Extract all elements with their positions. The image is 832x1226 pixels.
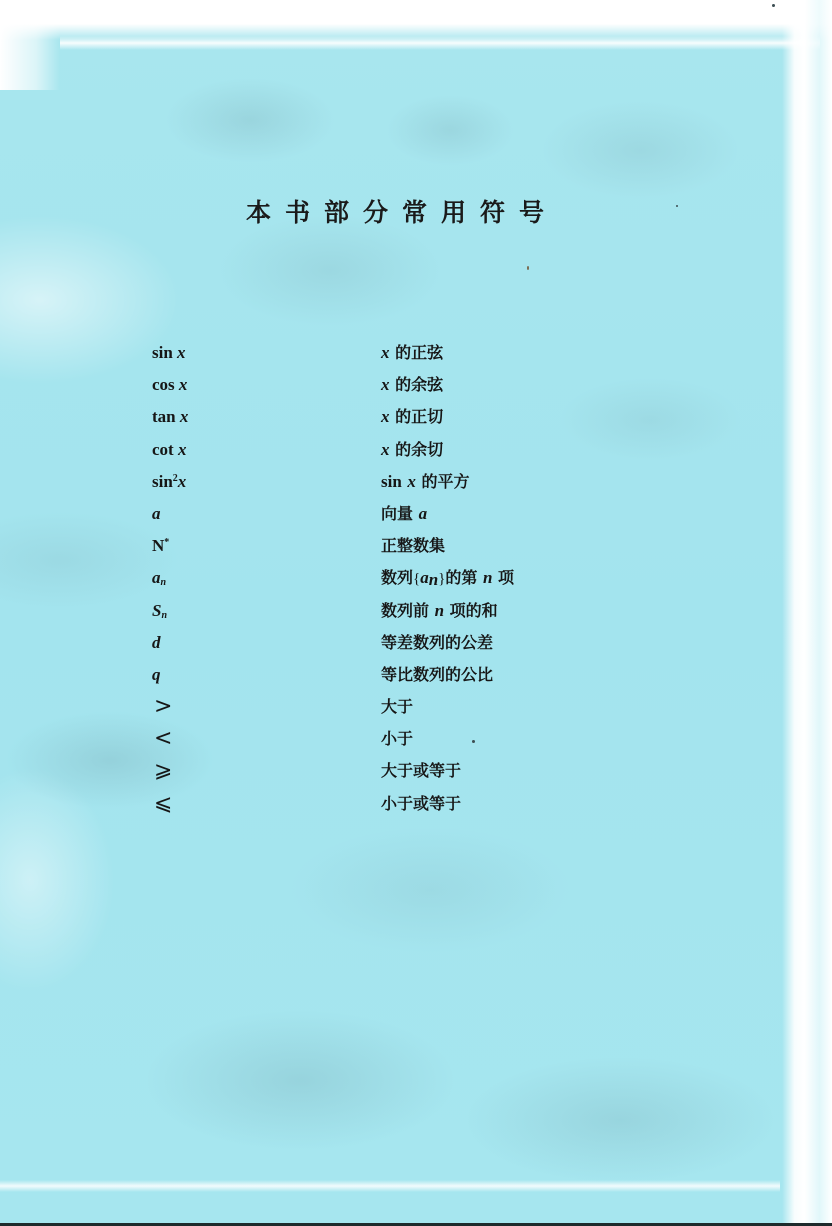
symbol-cell: cos x [152, 372, 187, 398]
description-cell: x 的正弦 [381, 340, 443, 366]
symbol-cell: d [152, 630, 161, 656]
symbol-row: an 数列{an}的第 n 项 [152, 565, 572, 597]
symbol-cell: cot x [152, 437, 186, 463]
description-cell: x 的余弦 [381, 372, 443, 398]
superscript: * [164, 537, 169, 548]
description-text: 项的和 [450, 601, 498, 620]
description-text: 的余弦 [395, 375, 443, 394]
greater-than-symbol: > [154, 694, 172, 720]
symbol-cell: a [152, 501, 161, 527]
symbol-row: sin2x sin x 的平方 [152, 469, 572, 501]
subscript: n [161, 610, 167, 621]
symbol-cell: q [152, 662, 161, 688]
top-margin [0, 0, 832, 40]
variable: x [381, 440, 390, 459]
variable: x [179, 375, 188, 394]
description-text: 等比数列的公比 [381, 665, 493, 684]
description-text: 数列前 [381, 601, 429, 620]
variable: x [177, 343, 186, 362]
description-cell: sin x 的平方 [381, 469, 469, 495]
description-cell: 大于或等于 [381, 758, 461, 784]
scan-speck [527, 266, 529, 270]
variable: x [381, 375, 390, 394]
top-scan-band [60, 36, 820, 50]
symbol-row: > 大于 [152, 694, 572, 726]
symbol-cell: N* [152, 533, 169, 559]
description-cell: 小于 [381, 726, 413, 752]
description-text: 大于或等于 [381, 761, 461, 780]
symbol-cell: sin2x [152, 469, 186, 495]
description-cell: 大于 [381, 694, 413, 720]
description-text: 的平方 [421, 472, 469, 491]
page-title: 本书部分常用符号 [246, 196, 546, 230]
symbol-cell: an [152, 565, 166, 591]
variable: x [178, 472, 187, 491]
symbol-row: a 向量 a [152, 501, 572, 533]
scan-speck [676, 205, 678, 207]
description-text: 正整数集 [381, 536, 445, 555]
function-name: sin [381, 472, 402, 491]
symbol-row: N* 正整数集 [152, 533, 572, 565]
description-cell: x 的余切 [381, 437, 443, 463]
symbol-row: cos x x 的余弦 [152, 372, 572, 404]
variable: a [152, 568, 161, 587]
less-than-symbol: < [154, 726, 172, 752]
scan-speck [772, 4, 775, 7]
bottom-scan-band [0, 1180, 780, 1192]
description-text: 小于或等于 [381, 794, 461, 813]
variable: a [420, 568, 429, 587]
description-cell: 数列{an}的第 n 项 [381, 565, 514, 592]
symbol-row: < 小于 [152, 726, 572, 758]
description-cell: 等差数列的公差 [381, 630, 493, 656]
description-text: 数列 [381, 568, 413, 587]
greater-or-equal-symbol: ⩾ [154, 758, 172, 784]
symbol-table: sin x x 的正弦 cos x x 的余弦 tan x x 的正切 cot … [152, 340, 572, 823]
symbol-cell: tan x [152, 404, 188, 430]
description-text: 等差数列的公差 [381, 633, 493, 652]
variable: x [381, 407, 390, 426]
description-text: 大于 [381, 697, 413, 716]
subscript: n [161, 577, 167, 588]
symbol-row: ⩽ 小于或等于 [152, 791, 572, 823]
variable: x [381, 343, 390, 362]
function-name: sin [152, 343, 173, 362]
description-cell: 小于或等于 [381, 791, 461, 817]
less-or-equal-symbol: ⩽ [154, 791, 172, 817]
description-text: 项 [498, 568, 514, 587]
set-symbol: N [152, 536, 164, 555]
description-text: 的正弦 [395, 343, 443, 362]
description-text: 小于 [381, 729, 413, 748]
description-text: 的正切 [395, 407, 443, 426]
symbol-row: q 等比数列的公比 [152, 662, 572, 694]
variable: n [435, 601, 444, 620]
function-name: sin [152, 472, 173, 491]
symbol-cell: Sn [152, 598, 167, 624]
top-left-margin [0, 0, 60, 90]
symbol-row: sin x x 的正弦 [152, 340, 572, 372]
function-name: cos [152, 375, 175, 394]
variable: x [178, 440, 187, 459]
description-cell: 正整数集 [381, 533, 445, 559]
description-cell: 向量 a [381, 501, 427, 527]
variable: n [483, 568, 492, 587]
right-margin [782, 0, 832, 1226]
variable: x [407, 472, 416, 491]
description-text: 的余切 [395, 440, 443, 459]
symbol-row: d 等差数列的公差 [152, 630, 572, 662]
function-name: tan [152, 407, 176, 426]
symbol-row: ⩾ 大于或等于 [152, 758, 572, 790]
function-name: cot [152, 440, 174, 459]
variable: x [180, 407, 189, 426]
description-cell: 等比数列的公比 [381, 662, 493, 688]
vector-variable: a [152, 504, 161, 523]
description-text: 向量 [381, 504, 413, 523]
symbol-row: cot x x 的余切 [152, 437, 572, 469]
variable: d [152, 633, 161, 652]
symbol-row: tan x x 的正切 [152, 404, 572, 436]
description-cell: x 的正切 [381, 404, 443, 430]
description-cell: 数列前 n 项的和 [381, 598, 498, 624]
description-text: 的第 [445, 568, 477, 587]
subscript: n [429, 570, 438, 589]
variable: q [152, 665, 161, 684]
vector-variable: a [419, 504, 428, 523]
symbol-row: Sn 数列前 n 项的和 [152, 598, 572, 630]
symbol-cell: sin x [152, 340, 186, 366]
